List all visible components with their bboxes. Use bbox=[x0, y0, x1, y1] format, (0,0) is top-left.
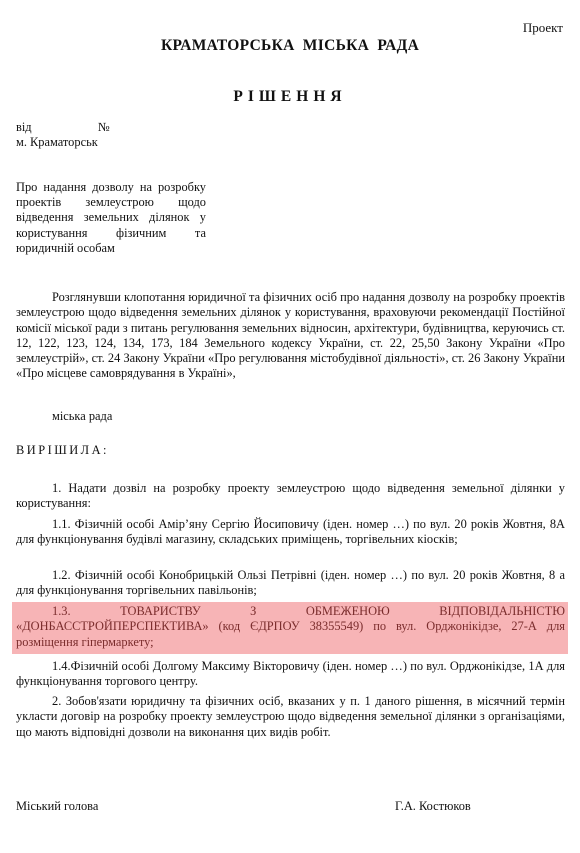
number-label: № bbox=[98, 120, 110, 135]
item-1: 1. Надати дозвіл на розробку проекту зем… bbox=[16, 481, 565, 512]
item-1-3-highlighted: 1.3. ТОВАРИСТВУ З ОБМЕЖЕНОЮ ВІДПОВІДАЛЬН… bbox=[16, 604, 565, 650]
council-label: міська рада bbox=[52, 409, 112, 424]
resolved-heading: ВИРІШИЛА: bbox=[16, 443, 109, 458]
council-title: КРАМАТОРСЬКА МІСЬКА РАДА bbox=[0, 37, 580, 55]
item-2: 2. Зобов'язати юридичну та фізичних осіб… bbox=[16, 694, 565, 740]
preamble-paragraph: Розглянувши клопотання юридичної та фізи… bbox=[16, 290, 565, 382]
decision-subject: Про надання дозволу на розробку проектів… bbox=[16, 180, 206, 256]
item-1-1: 1.1. Фізичній особі Амір’яну Сергію Йоси… bbox=[16, 517, 565, 548]
city: м. Краматорськ bbox=[16, 135, 98, 150]
document-type-title: РІШЕННЯ bbox=[0, 88, 580, 106]
item-1-2: 1.2. Фізичній особі Конобрицькій Ользі П… bbox=[16, 568, 565, 599]
signature-title: Міський голова bbox=[16, 799, 98, 814]
date-label: від bbox=[16, 120, 32, 134]
draft-stamp: Проект bbox=[523, 20, 563, 36]
signature-name: Г.А. Костюков bbox=[395, 799, 471, 814]
item-1-4: 1.4.Фізичній особі Долгому Максиму Вікто… bbox=[16, 659, 565, 690]
date-line: від № bbox=[16, 120, 32, 135]
